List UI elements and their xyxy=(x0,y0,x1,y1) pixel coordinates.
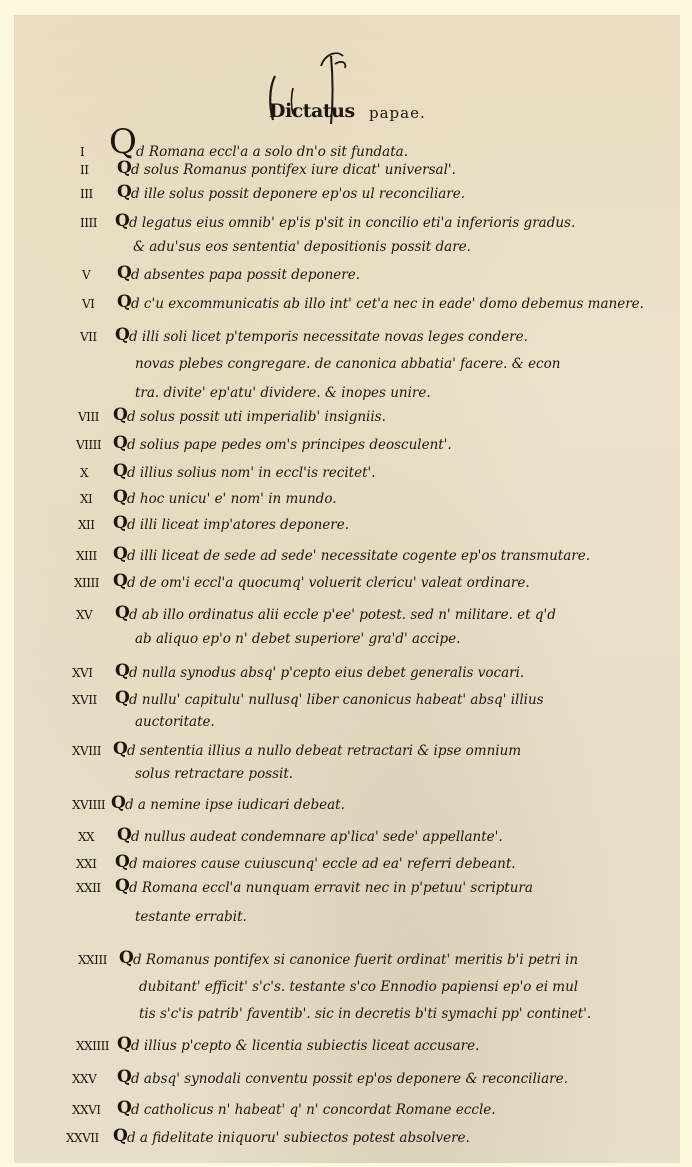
clause-text: d solus possit uti imperialib' insigniis… xyxy=(127,406,386,428)
clause-numeral: III xyxy=(80,183,93,205)
clause-numeral: VIII xyxy=(78,406,99,428)
clause-line: XIIII Q d de om'i eccl'a quocumq' voluer… xyxy=(0,572,692,594)
clause-numeral: X xyxy=(80,462,88,484)
clause-text: d absq' synodali conventu possit ep'os d… xyxy=(131,1068,568,1090)
clause-continuation: & adu'sus eos sententia' depositionis po… xyxy=(0,236,692,258)
clause-continuation: auctoritate. xyxy=(0,711,692,733)
clause-line: XXV Q d absq' synodali conventu possit e… xyxy=(0,1068,692,1090)
clause-numeral: XV xyxy=(76,604,92,626)
initial-q: Q xyxy=(113,432,128,454)
clause-text: d hoc unicu' e' nom' in mundo. xyxy=(127,488,337,510)
clause-line: XIII Q d illi liceat de sede ad sede' ne… xyxy=(0,545,692,567)
clause-numeral: V xyxy=(82,264,90,286)
clause-line: II Q d solus Romanus pontifex iure dicat… xyxy=(0,159,692,181)
initial-q: Q xyxy=(117,1066,132,1088)
clause-numeral: XIII xyxy=(76,545,97,567)
clause-text: d a nemine ipse iudicari debeat. xyxy=(125,794,345,816)
clause-text: d sententia illius a nullo debeat retrac… xyxy=(127,740,521,762)
initial-q: Q xyxy=(113,1125,128,1147)
initial-q: Q xyxy=(113,486,128,508)
clause-line: IIII Q d legatus eius omnib' ep'is p'sit… xyxy=(0,212,692,234)
clause-numeral: XXI xyxy=(76,853,96,875)
clause-line: XVIII Q d sententia illius a nullo debea… xyxy=(0,740,692,762)
clause-numeral: XVI xyxy=(72,662,92,684)
clause-text: d de om'i eccl'a quocumq' voluerit cleri… xyxy=(127,572,530,594)
clause-numeral: XXVII xyxy=(66,1127,99,1149)
initial-q: Q xyxy=(113,460,128,482)
clause-numeral: XII xyxy=(78,514,95,536)
initial-q: Q xyxy=(115,602,130,624)
initial-q: Q xyxy=(115,210,130,232)
title-word-papae: papae. xyxy=(369,104,426,122)
clause-text: d Romana eccl'a nunquam erravit nec in p… xyxy=(129,877,533,899)
clause-continuation: solus retractare possit. xyxy=(0,763,692,785)
initial-q: Q xyxy=(109,131,137,153)
clause-text: d legatus eius omnib' ep'is p'sit in con… xyxy=(129,212,575,234)
initial-q: Q xyxy=(117,824,132,846)
clause-line: XXIIII Q d illius p'cepto & licentia sub… xyxy=(0,1035,692,1057)
initial-q: Q xyxy=(117,262,132,284)
clause-numeral: VIIII xyxy=(76,434,101,456)
initial-q: Q xyxy=(119,947,134,969)
clause-numeral: XX xyxy=(78,826,94,848)
clause-continuation: tra. divite' ep'atu' dividere. & inopes … xyxy=(0,382,692,404)
clause-text: d solius pape pedes om's principes deosc… xyxy=(127,434,452,456)
clause-line: VI Q d c'u excommunicatis ab illo int' c… xyxy=(0,293,692,315)
clause-continuation: novas plebes congregare. de canonica abb… xyxy=(0,353,692,375)
clause-continuation: tis s'c'is patrib' faventib'. sic in dec… xyxy=(0,1003,692,1025)
clause-text: tis s'c'is patrib' faventib'. sic in dec… xyxy=(139,1003,591,1025)
initial-q: Q xyxy=(115,660,130,682)
clause-text: & adu'sus eos sententia' depositionis po… xyxy=(133,236,471,258)
initial-q: Q xyxy=(117,1097,132,1119)
clause-line: XVI Q d nulla synodus absq' p'cepto eius… xyxy=(0,662,692,684)
clause-text: d catholicus n' habeat' q' n' concordat … xyxy=(131,1099,496,1121)
clause-numeral: XVII xyxy=(72,689,97,711)
clause-line: XXI Q d maiores cause cuiuscunq' eccle a… xyxy=(0,853,692,875)
clause-numeral: XXIIII xyxy=(76,1035,109,1057)
clause-numeral: VI xyxy=(82,293,94,315)
clause-line: V Q d absentes papa possit deponere. xyxy=(0,264,692,286)
initial-q: Q xyxy=(113,738,128,760)
initial-q: Q xyxy=(113,543,128,565)
clause-numeral: XXII xyxy=(76,877,101,899)
clause-text: d c'u excommunicatis ab illo int' cet'a … xyxy=(131,293,644,315)
title-heading: Dictatus papae. xyxy=(255,48,475,126)
clause-text: d illius p'cepto & licentia subiectis li… xyxy=(131,1035,479,1057)
clause-line: XVIIII Q d a nemine ipse iudicari debeat… xyxy=(0,794,692,816)
initial-q: Q xyxy=(115,324,130,346)
initial-q: Q xyxy=(115,875,130,897)
clause-numeral: XXIII xyxy=(78,949,107,971)
initial-q: Q xyxy=(117,1033,132,1055)
clause-line: XII Q d illi liceat imp'atores deponere. xyxy=(0,514,692,536)
clause-text: ab aliquo ep'o n' debet superiore' gra'd… xyxy=(135,628,460,650)
clause-text: d illi liceat imp'atores deponere. xyxy=(127,514,349,536)
clause-line: XVII Q d nullu' capitulu' nullusq' liber… xyxy=(0,689,692,711)
clause-text: d ab illo ordinatus alii eccle p'ee' pot… xyxy=(129,604,556,626)
clause-text: auctoritate. xyxy=(135,711,215,733)
clause-numeral: II xyxy=(80,159,88,181)
initial-q: Q xyxy=(115,851,130,873)
clause-line: VIII Q d solus possit uti imperialib' in… xyxy=(0,406,692,428)
clause-text: dubitant' efficit' s'c's. testante s'co … xyxy=(139,976,578,998)
clause-line: X Q d illius solius nom' in eccl'is reci… xyxy=(0,462,692,484)
clause-numeral: XVIII xyxy=(72,740,101,762)
initial-q: Q xyxy=(111,792,126,814)
initial-q: Q xyxy=(117,157,132,179)
clause-continuation: testante errabit. xyxy=(0,906,692,928)
clause-text: d illi liceat de sede ad sede' necessita… xyxy=(127,545,590,567)
initial-q: Q xyxy=(113,570,128,592)
clause-text: d nullu' capitulu' nullusq' liber canoni… xyxy=(129,689,544,711)
clause-line: XI Q d hoc unicu' e' nom' in mundo. xyxy=(0,488,692,510)
initial-q: Q xyxy=(117,291,132,313)
clause-text: novas plebes congregare. de canonica abb… xyxy=(135,353,560,375)
clause-line: XV Q d ab illo ordinatus alii eccle p'ee… xyxy=(0,604,692,626)
clause-numeral: VII xyxy=(80,326,97,348)
initial-q: Q xyxy=(113,404,128,426)
clause-continuation: dubitant' efficit' s'c's. testante s'co … xyxy=(0,976,692,998)
clause-line: XXVII Q d a fidelitate iniquoru' subiect… xyxy=(0,1127,692,1149)
clause-text: tra. divite' ep'atu' dividere. & inopes … xyxy=(135,382,431,404)
clause-text: d ille solus possit deponere ep'os ul re… xyxy=(131,183,465,205)
clause-text: d illius solius nom' in eccl'is recitet'… xyxy=(127,462,376,484)
clause-line: XXVI Q d catholicus n' habeat' q' n' con… xyxy=(0,1099,692,1121)
clause-numeral: XXVI xyxy=(72,1099,101,1121)
clause-text: d nullus audeat condemnare ap'lica' sede… xyxy=(131,826,503,848)
clause-numeral: XXV xyxy=(72,1068,96,1090)
clause-text: d solus Romanus pontifex iure dicat' uni… xyxy=(131,159,456,181)
clause-line: VIIII Q d solius pape pedes om's princip… xyxy=(0,434,692,456)
clause-text: d nulla synodus absq' p'cepto eius debet… xyxy=(129,662,524,684)
clause-numeral: IIII xyxy=(80,212,97,234)
title-word-dictatus: Dictatus xyxy=(269,100,355,122)
initial-q: Q xyxy=(115,687,130,709)
clause-line: VII Q d illi soli licet p'temporis neces… xyxy=(0,326,692,348)
clause-continuation: ab aliquo ep'o n' debet superiore' gra'd… xyxy=(0,628,692,650)
clause-text: d Romanus pontifex si canonice fuerit or… xyxy=(133,949,578,971)
clause-text: testante errabit. xyxy=(135,906,247,928)
initial-q: Q xyxy=(117,181,132,203)
clause-text: d maiores cause cuiuscunq' eccle ad ea' … xyxy=(129,853,516,875)
clause-text: d absentes papa possit deponere. xyxy=(131,264,360,286)
clause-text: d illi soli licet p'temporis necessitate… xyxy=(129,326,528,348)
clause-text: d a fidelitate iniquoru' subiectos potes… xyxy=(127,1127,470,1149)
clause-line: XX Q d nullus audeat condemnare ap'lica'… xyxy=(0,826,692,848)
clause-numeral: XIIII xyxy=(74,572,99,594)
initial-q: Q xyxy=(113,512,128,534)
clause-line: XXII Q d Romana eccl'a nunquam erravit n… xyxy=(0,877,692,899)
clause-numeral: XVIIII xyxy=(72,794,105,816)
clause-numeral: XI xyxy=(80,488,92,510)
clause-line: III Q d ille solus possit deponere ep'os… xyxy=(0,183,692,205)
clause-line: XXIII Q d Romanus pontifex si canonice f… xyxy=(0,949,692,971)
clause-text: solus retractare possit. xyxy=(135,763,293,785)
